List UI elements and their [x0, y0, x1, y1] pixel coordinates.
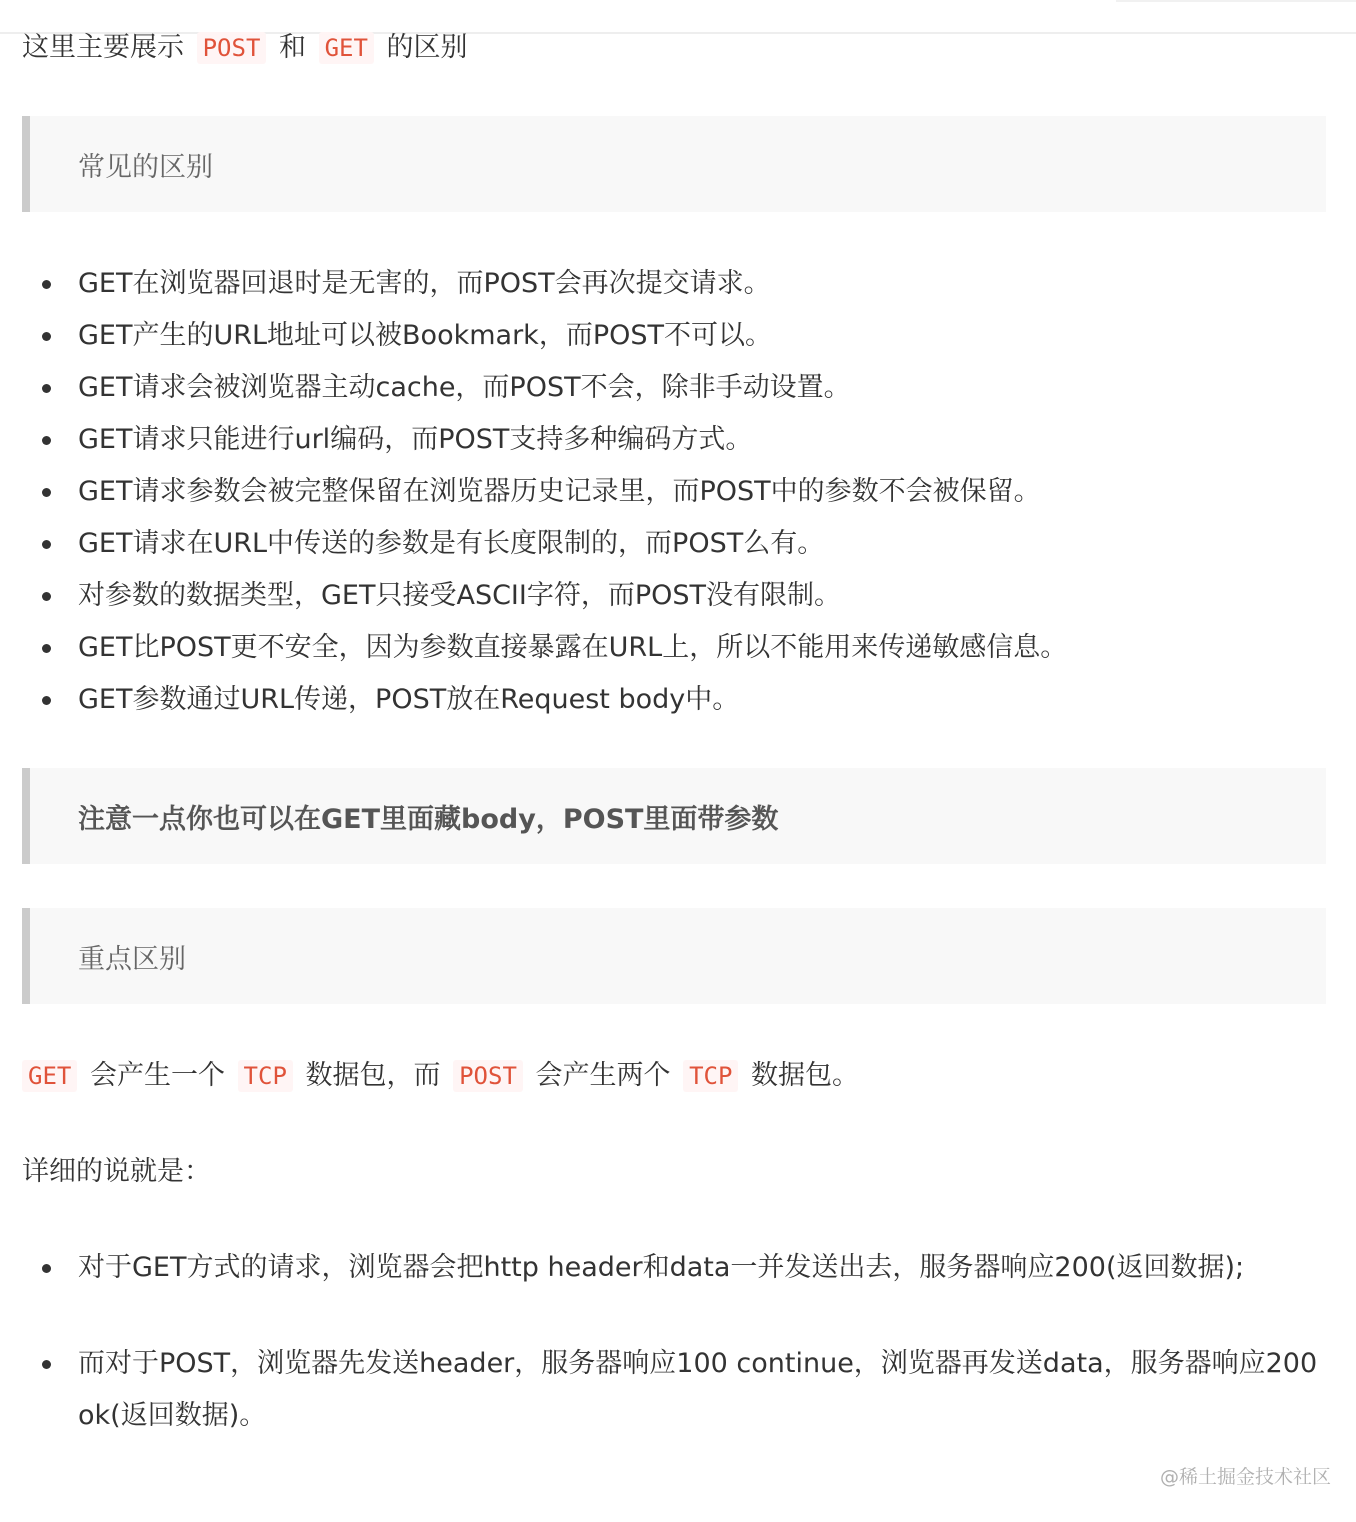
list-item-text: 对参数的数据类型，GET只接受ASCII字符，而POST没有限制。: [78, 580, 841, 611]
list-item: GET比POST更不安全，因为参数直接暴露在URL上，所以不能用来传递敏感信息。: [22, 622, 1326, 674]
list-item-text: GET在浏览器回退时是无害的，而POST会再次提交请求。: [78, 268, 771, 299]
paragraph-text: 会产生一个: [90, 1060, 225, 1091]
list-item-text: GET参数通过URL传递，POST放在Request body中。: [78, 684, 739, 715]
blockquote-text: 注意一点你也可以在GET里面藏body，POST里面带参数: [78, 797, 778, 836]
list-item: GET请求参数会被完整保留在浏览器历史记录里，而POST中的参数不会被保留。: [22, 466, 1326, 518]
bullet-icon: [42, 332, 51, 341]
blockquote-text: 常见的区别: [78, 145, 213, 184]
intro-paragraph: 这里主要展示 POST 和 GET 的区别: [22, 28, 468, 68]
common-differences-list: GET在浏览器回退时是无害的，而POST会再次提交请求。 GET产生的URL地址…: [22, 258, 1326, 726]
list-item: 对于GET方式的请求，浏览器会把http header和data一并发送出去，服…: [22, 1242, 1326, 1294]
inline-code-tcp: TCP: [683, 1060, 738, 1092]
blockquote-text: 重点区别: [78, 937, 186, 976]
bullet-icon: [42, 1360, 51, 1369]
bullet-icon: [42, 436, 51, 445]
bullet-icon: [42, 280, 51, 289]
list-item-text: GET请求会被浏览器主动cache，而POST不会，除非手动设置。: [78, 372, 851, 403]
inline-code-tcp: TCP: [238, 1060, 293, 1092]
list-item-text: GET比POST更不安全，因为参数直接暴露在URL上，所以不能用来传递敏感信息。: [78, 632, 1067, 663]
detail-intro-paragraph: 详细的说就是：: [22, 1152, 211, 1192]
inline-code-get: GET: [319, 32, 374, 64]
list-item-text: 对于GET方式的请求，浏览器会把http header和data一并发送出去，服…: [78, 1252, 1244, 1283]
list-item: GET在浏览器回退时是无害的，而POST会再次提交请求。: [22, 258, 1326, 310]
list-item: 对参数的数据类型，GET只接受ASCII字符，而POST没有限制。: [22, 570, 1326, 622]
list-item: GET请求会被浏览器主动cache，而POST不会，除非手动设置。: [22, 362, 1326, 414]
list-item: GET请求在URL中传送的参数是有长度限制的，而POST么有。: [22, 518, 1326, 570]
blockquote-key-differences: 重点区别: [22, 908, 1326, 1004]
list-item-text: GET请求在URL中传送的参数是有长度限制的，而POST么有。: [78, 528, 824, 559]
bullet-icon: [42, 1264, 51, 1273]
bullet-icon: [42, 540, 51, 549]
bullet-icon: [42, 592, 51, 601]
bullet-icon: [42, 696, 51, 705]
inline-code-post: POST: [197, 32, 267, 64]
top-strip-divider: [1116, 0, 1356, 2]
list-item-text: GET请求参数会被完整保留在浏览器历史记录里，而POST中的参数不会被保留。: [78, 476, 1041, 507]
detail-list: 对于GET方式的请求，浏览器会把http header和data一并发送出去，服…: [22, 1242, 1326, 1486]
list-item: 而对于POST，浏览器先发送header，服务器响应100 continue，浏…: [22, 1338, 1326, 1442]
intro-middle: 和: [279, 32, 306, 63]
bullet-icon: [42, 384, 51, 393]
list-item: GET产生的URL地址可以被Bookmark，而POST不可以。: [22, 310, 1326, 362]
intro-suffix: 的区别: [387, 32, 468, 63]
inline-code-get: GET: [22, 1060, 77, 1092]
list-item-text: GET产生的URL地址可以被Bookmark，而POST不可以。: [78, 320, 772, 351]
paragraph-text: 数据包。: [751, 1060, 859, 1091]
blockquote-note: 注意一点你也可以在GET里面藏body，POST里面带参数: [22, 768, 1326, 864]
list-item-text: GET请求只能进行url编码，而POST支持多种编码方式。: [78, 424, 752, 455]
watermark: @稀土掘金技术社区: [1160, 1462, 1331, 1489]
blockquote-common-differences: 常见的区别: [22, 116, 1326, 212]
paragraph-text: 数据包，而: [306, 1060, 441, 1091]
list-item-text: 而对于POST，浏览器先发送header，服务器响应100 continue，浏…: [78, 1348, 1317, 1431]
paragraph-text: 会产生两个: [535, 1060, 670, 1091]
list-item: GET参数通过URL传递，POST放在Request body中。: [22, 674, 1326, 726]
bullet-icon: [42, 488, 51, 497]
tcp-packets-paragraph: GET 会产生一个 TCP 数据包，而 POST 会产生两个 TCP 数据包。: [22, 1056, 859, 1096]
list-item: GET请求只能进行url编码，而POST支持多种编码方式。: [22, 414, 1326, 466]
inline-code-post: POST: [453, 1060, 523, 1092]
bullet-icon: [42, 644, 51, 653]
intro-prefix: 这里主要展示: [22, 32, 184, 63]
